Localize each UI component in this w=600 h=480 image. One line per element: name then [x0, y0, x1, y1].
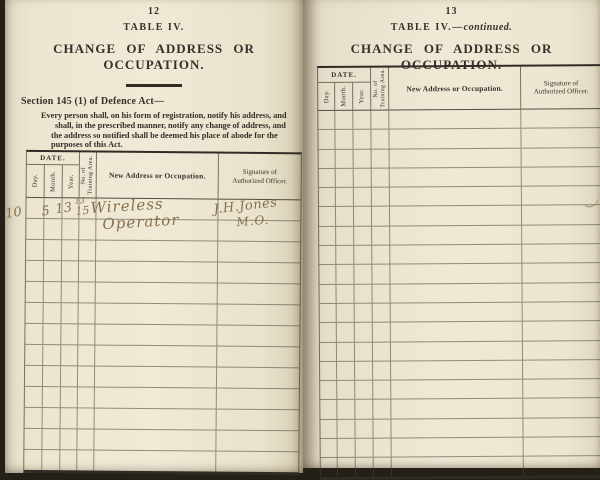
- table-body: [24, 198, 300, 472]
- table-row: [319, 206, 600, 227]
- empty-cell: [78, 366, 95, 386]
- year-label: Year.: [358, 89, 365, 104]
- empty-cell: [42, 429, 60, 449]
- empty-cell: [336, 284, 354, 302]
- empty-cell: [319, 169, 336, 187]
- table-row: [320, 302, 600, 323]
- table-row: [318, 128, 600, 149]
- training-area-column-header: No. of Training Area.: [371, 68, 389, 111]
- date-column-group-header: DATE.: [318, 68, 371, 83]
- empty-cell: [217, 368, 299, 389]
- empty-cell: [336, 169, 354, 187]
- empty-cell: [95, 409, 217, 430]
- empty-cell: [77, 450, 94, 470]
- change-of-address-table-continued: DATE. Day. Month. Year. No. of Training …: [317, 64, 600, 480]
- empty-cell: [60, 429, 77, 449]
- empty-cell: [391, 341, 523, 360]
- empty-cell: [319, 265, 336, 283]
- empty-cell: [79, 240, 96, 260]
- empty-cell: [390, 168, 522, 187]
- table-row: [26, 261, 300, 284]
- day-label: Day.: [32, 174, 39, 187]
- scanned-book-spread: 12 TABLE IV. CHANGE OF ADDRESS OR OCCUPA…: [0, 0, 600, 480]
- empty-cell: [355, 362, 373, 380]
- table-row: [25, 387, 299, 410]
- left-page: 12 TABLE IV. CHANGE OF ADDRESS OR OCCUPA…: [5, 0, 303, 473]
- table-row: [24, 429, 298, 452]
- empty-cell: [521, 109, 600, 128]
- empty-cell: [390, 225, 522, 244]
- empty-cell: [43, 345, 61, 365]
- table-row: [25, 345, 299, 368]
- table-row: [320, 379, 600, 400]
- empty-cell: [61, 345, 78, 365]
- table-row: [26, 282, 300, 305]
- empty-cell: [217, 305, 299, 326]
- empty-cell: [336, 246, 354, 264]
- empty-cell: [523, 399, 600, 418]
- empty-cell: [522, 244, 600, 263]
- empty-cell: [337, 323, 355, 341]
- empty-cell: [522, 283, 600, 302]
- empty-cell: [43, 366, 61, 386]
- empty-cell: [218, 284, 300, 305]
- empty-cell: [95, 325, 217, 346]
- empty-cell: [337, 304, 355, 322]
- empty-cell: [337, 400, 355, 418]
- empty-cell: [62, 219, 79, 239]
- empty-cell: [318, 130, 335, 148]
- empty-cell: [25, 408, 43, 428]
- right-page: 13 TABLE IV.—continued. CHANGE OF ADDRES…: [303, 0, 600, 468]
- empty-cell: [523, 360, 600, 379]
- year-label: Year.: [67, 174, 74, 189]
- empty-cell: [373, 381, 391, 399]
- empty-cell: [320, 342, 337, 360]
- empty-cell: [318, 111, 335, 129]
- empty-cell: [42, 450, 60, 470]
- empty-cell: [24, 450, 42, 470]
- address-column-header: New Address or Occupation.: [97, 153, 219, 200]
- signature-label-line1: Signature of: [243, 168, 277, 177]
- handwritten-day: 10: [4, 205, 23, 223]
- empty-cell: [355, 323, 373, 341]
- empty-cell: [336, 149, 354, 167]
- table-row: [26, 198, 300, 221]
- empty-cell: [356, 439, 374, 457]
- empty-cell: [354, 265, 372, 283]
- empty-cell: [521, 128, 600, 147]
- empty-cell: [372, 284, 390, 302]
- table-row: [321, 437, 600, 458]
- year-column-header: Year.: [63, 165, 80, 198]
- empty-cell: [391, 360, 523, 379]
- empty-cell: [336, 227, 354, 245]
- empty-cell: [338, 458, 356, 476]
- address-column-header: New Address or Occupation.: [389, 67, 521, 111]
- empty-cell: [391, 303, 523, 322]
- month-label: Month.: [50, 171, 57, 192]
- right-table-area: DATE. Day. Month. Year. No. of Training …: [303, 0, 600, 468]
- empty-cell: [216, 452, 298, 473]
- empty-cell: [96, 199, 218, 220]
- empty-cell: [523, 302, 600, 321]
- empty-cell: [372, 188, 390, 206]
- empty-cell: [25, 345, 43, 365]
- empty-cell: [335, 111, 353, 129]
- empty-cell: [353, 111, 371, 129]
- empty-cell: [61, 387, 78, 407]
- empty-cell: [522, 225, 600, 244]
- empty-cell: [77, 429, 94, 449]
- empty-cell: [354, 246, 372, 264]
- empty-cell: [95, 304, 217, 325]
- empty-cell: [96, 283, 218, 304]
- empty-cell: [94, 430, 216, 451]
- empty-cell: [337, 420, 355, 438]
- empty-cell: [523, 321, 600, 340]
- empty-cell: [78, 324, 95, 344]
- empty-cell: [356, 458, 374, 476]
- empty-cell: [61, 408, 78, 428]
- signature-column-header: Signature of Authorized Officer.: [219, 154, 301, 201]
- table-row: [25, 366, 299, 389]
- empty-cell: [355, 400, 373, 418]
- empty-cell: [319, 285, 336, 303]
- empty-cell: [218, 200, 300, 221]
- empty-cell: [522, 167, 600, 186]
- empty-cell: [321, 439, 338, 457]
- empty-cell: [372, 265, 390, 283]
- signature-label-line2: Authorized Officer.: [232, 176, 287, 185]
- table-row: [320, 360, 600, 381]
- table-row: [321, 456, 600, 476]
- empty-cell: [355, 381, 373, 399]
- empty-cell: [96, 241, 218, 262]
- empty-cell: [319, 227, 336, 245]
- empty-cell: [218, 263, 300, 284]
- empty-cell: [320, 323, 337, 341]
- empty-cell: [336, 188, 354, 206]
- empty-cell: [336, 265, 354, 283]
- empty-cell: [62, 198, 79, 218]
- empty-cell: [319, 246, 336, 264]
- empty-cell: [355, 419, 373, 437]
- empty-cell: [372, 226, 390, 244]
- table-row: [319, 167, 600, 188]
- day-column-header: Day.: [27, 165, 45, 198]
- table-row: [25, 324, 299, 347]
- empty-cell: [96, 220, 218, 241]
- empty-cell: [390, 245, 522, 264]
- empty-cell: [217, 410, 299, 431]
- empty-cell: [44, 240, 62, 260]
- empty-cell: [79, 219, 96, 239]
- empty-cell: [320, 304, 337, 322]
- empty-cell: [355, 304, 373, 322]
- table-row: [319, 283, 600, 304]
- empty-cell: [354, 207, 372, 225]
- empty-cell: [354, 226, 372, 244]
- empty-cell: [43, 408, 61, 428]
- empty-cell: [25, 366, 43, 386]
- empty-cell: [522, 206, 600, 225]
- empty-cell: [217, 326, 299, 347]
- empty-cell: [373, 400, 391, 418]
- empty-cell: [353, 130, 371, 148]
- date-column-group-header: DATE.: [27, 152, 80, 165]
- empty-cell: [62, 282, 79, 302]
- empty-cell: [372, 149, 390, 167]
- empty-cell: [390, 187, 522, 206]
- empty-cell: [523, 341, 600, 360]
- empty-cell: [95, 367, 217, 388]
- empty-cell: [43, 387, 61, 407]
- empty-cell: [78, 387, 95, 407]
- empty-cell: [78, 408, 95, 428]
- empty-cell: [26, 240, 44, 260]
- empty-cell: [95, 346, 217, 367]
- empty-cell: [373, 361, 391, 379]
- signature-label-line1: Signature of: [544, 79, 578, 88]
- training-area-label: No. of Training Area.: [372, 69, 386, 109]
- empty-cell: [79, 198, 96, 218]
- empty-cell: [523, 379, 600, 398]
- empty-cell: [25, 303, 43, 323]
- empty-cell: [337, 362, 355, 380]
- empty-cell: [371, 111, 389, 129]
- empty-cell: [62, 261, 79, 281]
- month-label: Month.: [340, 86, 347, 107]
- empty-cell: [524, 456, 600, 475]
- table-row: [319, 263, 600, 284]
- empty-cell: [26, 261, 44, 281]
- empty-cell: [218, 221, 300, 242]
- empty-cell: [320, 381, 337, 399]
- table-row: [26, 240, 300, 263]
- table-row: [320, 399, 600, 420]
- empty-cell: [44, 261, 62, 281]
- empty-cell: [372, 246, 390, 264]
- empty-cell: [78, 345, 95, 365]
- empty-cell: [44, 198, 62, 218]
- empty-cell: [60, 450, 77, 470]
- empty-cell: [371, 130, 389, 148]
- empty-cell: [522, 263, 600, 282]
- empty-cell: [354, 284, 372, 302]
- empty-cell: [24, 429, 42, 449]
- empty-cell: [338, 439, 356, 457]
- table-row: [320, 321, 600, 342]
- training-area-label: No. of Training Area.: [81, 155, 95, 195]
- table-row: [320, 341, 600, 362]
- training-area-column-header: No. of Training Area.: [80, 152, 97, 198]
- empty-cell: [216, 431, 298, 452]
- year-column-header: Year.: [353, 83, 371, 111]
- empty-cell: [392, 457, 524, 476]
- empty-cell: [320, 400, 337, 418]
- empty-cell: [43, 303, 61, 323]
- empty-cell: [391, 418, 523, 437]
- empty-cell: [217, 389, 299, 410]
- empty-cell: [390, 206, 522, 225]
- empty-cell: [25, 387, 43, 407]
- empty-cell: [374, 439, 392, 457]
- empty-cell: [44, 282, 62, 302]
- table-row: [319, 186, 600, 207]
- empty-cell: [523, 418, 600, 437]
- empty-cell: [96, 262, 218, 283]
- empty-cell: [25, 324, 43, 344]
- empty-cell: [522, 148, 600, 167]
- table-body: [318, 109, 600, 477]
- table-row: [320, 418, 600, 439]
- empty-cell: [355, 342, 373, 360]
- table-row: [319, 244, 600, 265]
- empty-cell: [79, 261, 96, 281]
- empty-cell: [390, 283, 522, 302]
- empty-cell: [78, 303, 95, 323]
- table-row: [24, 450, 298, 472]
- empty-cell: [337, 342, 355, 360]
- table-row: [26, 219, 300, 242]
- empty-cell: [373, 304, 391, 322]
- empty-cell: [336, 207, 354, 225]
- empty-cell: [335, 130, 353, 148]
- empty-cell: [217, 347, 299, 368]
- empty-cell: [372, 168, 390, 186]
- empty-cell: [391, 380, 523, 399]
- signature-label-line2: Authorized Officer.: [534, 87, 589, 96]
- day-label: Day.: [323, 90, 330, 103]
- empty-cell: [43, 324, 61, 344]
- empty-cell: [391, 399, 523, 418]
- empty-cell: [319, 207, 336, 225]
- empty-cell: [320, 420, 337, 438]
- empty-cell: [321, 458, 338, 476]
- table-row: [25, 303, 299, 326]
- left-table-area: DATE. Day. Month. Year. No. of Training …: [2, 0, 304, 475]
- empty-cell: [390, 148, 522, 167]
- empty-cell: [44, 219, 62, 239]
- empty-cell: [389, 110, 521, 129]
- empty-cell: [26, 219, 44, 239]
- empty-cell: [95, 388, 217, 409]
- empty-cell: [61, 324, 78, 344]
- empty-cell: [372, 207, 390, 225]
- table-row: [319, 225, 600, 246]
- empty-cell: [320, 362, 337, 380]
- empty-cell: [26, 282, 44, 302]
- empty-cell: [354, 169, 372, 187]
- empty-cell: [61, 366, 78, 386]
- empty-cell: [79, 282, 96, 302]
- empty-cell: [374, 458, 392, 476]
- month-column-header: Month.: [45, 165, 63, 198]
- table-row: [25, 408, 299, 431]
- empty-cell: [319, 188, 336, 206]
- empty-cell: [373, 419, 391, 437]
- empty-cell: [373, 323, 391, 341]
- empty-cell: [373, 342, 391, 360]
- empty-cell: [62, 240, 79, 260]
- table-row: [319, 148, 600, 169]
- empty-cell: [392, 438, 524, 457]
- table-row: [318, 109, 600, 130]
- empty-cell: [389, 129, 521, 148]
- signature-column-header: Signature of Authorized Officer.: [521, 66, 600, 110]
- empty-cell: [354, 149, 372, 167]
- empty-cell: [337, 381, 355, 399]
- empty-cell: [26, 198, 44, 218]
- empty-cell: [218, 242, 300, 263]
- change-of-address-table: DATE. Day. Month. Year. No. of Training …: [23, 150, 302, 475]
- empty-cell: [390, 264, 522, 283]
- day-column-header: Day.: [318, 83, 335, 111]
- empty-cell: [524, 437, 600, 456]
- empty-cell: [61, 303, 78, 323]
- empty-cell: [94, 451, 216, 472]
- empty-cell: [354, 188, 372, 206]
- month-column-header: Month.: [335, 83, 353, 111]
- empty-cell: [391, 322, 523, 341]
- empty-cell: [319, 150, 336, 168]
